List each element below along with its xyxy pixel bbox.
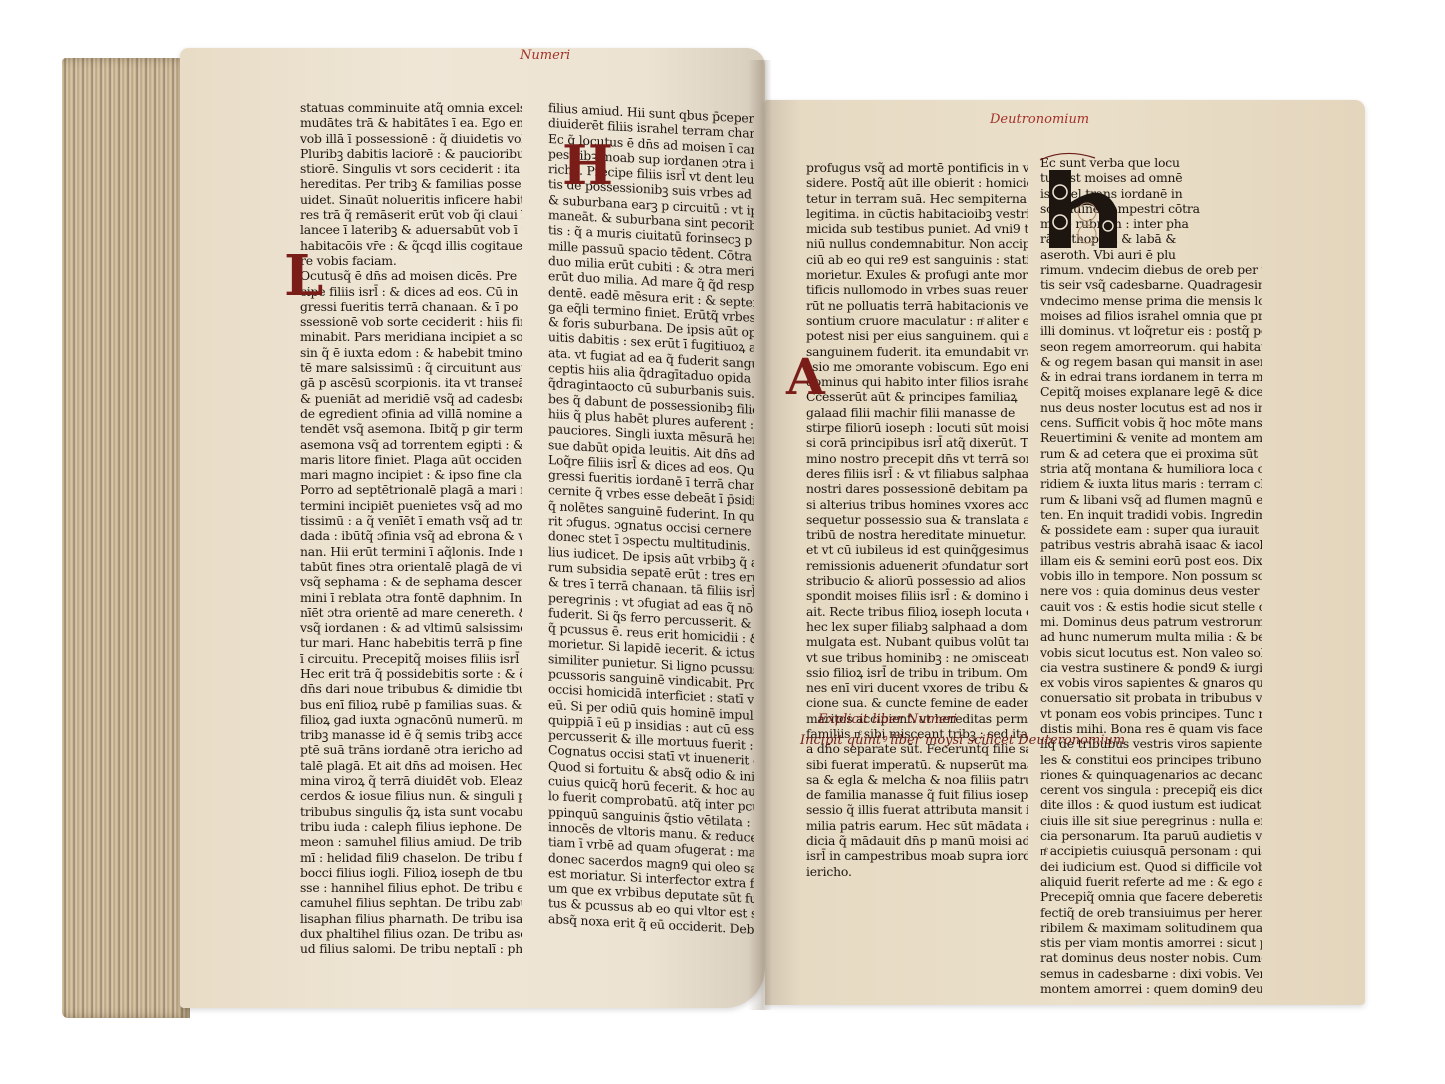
text-line: ciuis ille sit siue peregrinus : nulla e… [1040, 813, 1262, 828]
text-line: ssio me ɔmorante vobiscum. Ego enim sum [806, 359, 1028, 374]
text-line: mudātes trā & habitātes ī ea. Ego enī de… [300, 115, 522, 130]
text-line: Porro ad septētrionalē plagā a mari magn… [300, 482, 522, 497]
text-line: nͤ accipietis cuiusquā personam : quia [1040, 843, 1262, 858]
text-line: vndecimo mense prima die mensis locut9 e… [1040, 293, 1262, 308]
text-line: cia vestra sustinere & pond9 & iurgia. D… [1040, 660, 1262, 675]
text-line: ex vobis viros sapientes & gnaros quorum [1040, 675, 1262, 690]
text-line: tissimū : a q̃ venīēt ī emath vsq̃ ad tm… [300, 513, 522, 528]
rubric-explicit: Explicit liber Numeri [818, 712, 957, 727]
rubric-incipit: Incipit quintꝰ liber moysi scilicet Deut… [800, 730, 1125, 748]
text-line: bocci filius iogli. Filioꝝ ioseph de tbu… [300, 865, 522, 880]
text-line: profugus vsq̃ ad mortē pontificis in vrb… [806, 160, 1028, 175]
text-line: lancee ī lateribꝫ & aduersabūt vob ī ter… [300, 222, 522, 237]
text-line: patribus vestris abrahā isaac & iacob : … [1040, 537, 1262, 552]
text-line: sin q̃ ē iuxta edom : & habebit tminos ɔ… [300, 345, 522, 360]
text-line: hereditas. Per tribꝫ & familias possessi… [300, 176, 522, 191]
text-line: vobis illo in tempore. Non possum solus … [1040, 568, 1262, 583]
text-line: stiorē. Singulis vt sors ceciderit : ita… [300, 161, 522, 176]
text-line: maris litore finiet. Plaga aūt occidenta… [300, 452, 522, 467]
text-line: ten. En inquit tradidi vobis. Ingredimin… [1040, 507, 1262, 522]
text-line: stribucio & aliorū possessio ad alios tr… [806, 573, 1028, 588]
text-line: potest nisi per eius sanguinem. qui alte… [806, 328, 1028, 343]
text-line: morietur. Exules & profugi ante mortē pō [806, 267, 1028, 282]
text-line: tificis nullomodo in vrbes suas reuerti … [806, 282, 1028, 297]
text-line: dux phaltihel filius ozan. De tribu aser… [300, 926, 522, 941]
text-line: sontium cruore maculatur : nͤ aliter exp… [806, 313, 1028, 328]
text-line: dei iudicium est. Quod si difficile vobi… [1040, 859, 1262, 874]
text-line: Hec erit trā q̃ possidebitis sorte : & q… [300, 666, 522, 681]
text-line: nere vos : quia dominus deus vester mult… [1040, 583, 1262, 598]
text-line: iericho. [806, 864, 1028, 879]
text-line: minabit. Pars meridiana incipiet a solit… [300, 329, 522, 344]
text-line: cipe filiis isrl̄ : & dices ad eos. Cū i… [300, 284, 522, 299]
text-line: legitima. in cūctis habitacioibꝫ vestris… [806, 206, 1028, 221]
text-line: tribubus singulis q̃ꝝ ista sunt vocabula… [300, 804, 522, 819]
text-line: mini ī reblata ɔtra fontē daphnim. Inde … [300, 590, 522, 605]
red-initial-a: A [786, 347, 825, 406]
text-line: montem amorrei : quem domin9 deus noster [1040, 981, 1262, 996]
text-line: vt ponam eos vobis principes. Tunc respo… [1040, 706, 1262, 721]
red-initial-l: L [284, 243, 323, 309]
text-line: Ccesserūt aūt & principes familiaꝝ [806, 389, 1028, 404]
text-line: stria atq̃ montana & humiliora loca cōtr… [1040, 461, 1262, 476]
text-line: tur mari. Hanc habebitis terrā p fines s… [300, 635, 522, 650]
text-line: talē plagā. Et ait dn̄s ad moisen. Hec s… [300, 758, 522, 773]
text-line: hec lex super filiabꝫ salphaad a domino … [806, 619, 1028, 634]
text-line: ī circuitu. Precepitq̃ moises filiis isr… [300, 651, 522, 666]
text-line: les & constitui eos principes tribunos &… [1040, 752, 1262, 767]
text-line: rat dominus deus noster nobis. Cumq̃ ven… [1040, 950, 1262, 965]
text-line: cens. Sufficit vobis q̃ hoc mōte mansist… [1040, 415, 1262, 430]
text-line: sse : hannihel filius ephot. De tribu ep… [300, 880, 522, 895]
text-line: ciū ab eo qui re9 est sanguinis : statim… [806, 252, 1028, 267]
text-line: de familia manasse q̃ fuit filius ioseph… [806, 787, 1028, 802]
text-line: rum & libani vsq̃ ad flumen magnū eufra [1040, 492, 1262, 507]
text-line: stirpe filiorū ioseph : locuti sūt moisi [806, 420, 1028, 435]
text-line: dn̄s dari noue tribubus & dimidie tbui. … [300, 681, 522, 696]
text-line: mulgata est. Nubant quibus volūt tantum [806, 634, 1028, 649]
text-line: & possidete eam : super qua iurauit domi… [1040, 522, 1262, 537]
page-stack [62, 58, 190, 1018]
text-line: fectiq̃ de oreb transiuimus per heremū t… [1040, 905, 1262, 920]
text-line: milia patris earum. Hec sūt mādata atq̃ … [806, 818, 1028, 833]
text-line: et vt cū iubileus id est quinq̃gesimus a… [806, 542, 1028, 557]
text-line: aliquid fuerit referte ad me : & ego aud… [1040, 874, 1262, 889]
text-line: dicia q̃ mādauit dn̄s p manū moisi ad fi… [806, 833, 1028, 848]
text-line: vt sue tribus hominibꝫ : ne ɔmisceatur p… [806, 650, 1028, 665]
text-line: tetur in terram suā. Hec sempiterna erūt… [806, 191, 1028, 206]
text-line: illam eis & semini eorū post eos. Dixiq̃ [1040, 553, 1262, 568]
text-line: re vobis faciam. [300, 253, 522, 268]
text-line: vobis sicut locutus est. Non valeo solus… [1040, 645, 1262, 660]
text-line: cauit vos : & estis hodie sicut stelle c… [1040, 599, 1262, 614]
text-line: cia personarum. Ita paruū audietis vt ma… [1040, 828, 1262, 843]
text-line: tribu iuda : caleph filius iephone. De t… [300, 819, 522, 834]
text-line: stis per viam montis amorrei : sicut pre… [1040, 935, 1262, 950]
text-line: Precepiq̃ omnia que facere deberetis. Pr… [1040, 889, 1262, 904]
text-line: sequetur possessio sua & translata ad al… [806, 512, 1028, 527]
right-running-head: Deutronomium [990, 112, 1089, 127]
text-line: meon : samuhel filius amiud. De tribu be… [300, 834, 522, 849]
text-line: de egredient ɔfinia ad villā nomine adar… [300, 406, 522, 421]
decorated-initial-h [1035, 150, 1135, 255]
text-line: termini incipiēt puenietes vsq̃ ad montē… [300, 498, 522, 513]
text-line: Reuertimini & venite ad montem amorreo [1040, 430, 1262, 445]
text-line: riones & quinquagenarios ac decanos qui … [1040, 767, 1262, 782]
text-line: conuersatio sit probata in tribubus vest… [1040, 690, 1262, 705]
text-line: Cepitq̃ moises explanare legē & dicere. … [1040, 384, 1262, 399]
left-running-head: Numeri [520, 48, 570, 63]
text-line: nostri dares possessionē debitam patri :… [806, 481, 1028, 496]
text-line: camuhel filius sephtan. De tribu zabulon… [300, 895, 522, 910]
text-line: tabūt fines ɔtra orientalē plagā de vill… [300, 559, 522, 574]
column-1: statuas comminuite atq̃ omnia excelsa va… [300, 100, 522, 957]
text-line: sibi fuerat imperatū. & nupserūt maala &… [806, 757, 1028, 772]
text-line: res trā q̃ remāserit erūt vob q̃i claui … [300, 207, 522, 222]
column-3: profugus vsq̃ ad mortē pontificis in vrb… [806, 160, 1028, 879]
text-line: seon regem amorreorum. qui habitauit ī e… [1040, 339, 1262, 354]
text-line: sidere. Postq̃ aūt ille obierit : homici… [806, 175, 1028, 190]
text-line: si alterius tribus homines vxores accepe… [806, 497, 1028, 512]
text-line: cione sua. & cuncte femine de eadem trib… [806, 695, 1028, 710]
text-line: ridiem & iuxta litus maris : terram chan… [1040, 476, 1262, 491]
text-line: tribꝫ manasse id ē q̃ semis tribꝫ accepe… [300, 727, 522, 742]
text-line: vob illā ī possessionē : q̃ diuidetis vo… [300, 131, 522, 146]
text-line: ssessionē vob sorte ceciderit : hiis fin… [300, 314, 522, 329]
text-line: rimum. vndecim diebus de oreb per viā mō [1040, 262, 1262, 277]
text-line: & pueniāt ad meridiē vsq̃ ad cadesbarne … [300, 391, 522, 406]
text-line: bus enī filioꝝ rubē p familias suas. & t… [300, 697, 522, 712]
text-line: cerent vos singula : precepiq̃ eis dicen… [1040, 782, 1262, 797]
text-line: mina viroꝝ q̃ terrā diuidēt vob. Eleazar… [300, 773, 522, 788]
text-line: Pluribꝫ dabitis laciorē : & paucioribus … [300, 146, 522, 161]
text-line: cerdos & iosue filius nun. & singuli pri… [300, 788, 522, 803]
text-line: tribū de nostra hereditate minuetur. atq… [806, 527, 1028, 542]
text-line: asemona vsq̃ ad torrentem egipti : & mag… [300, 437, 522, 452]
text-line: semus in cadesbarne : dixi vobis. Venist… [1040, 966, 1262, 981]
text-line: lisaphan filius pharnath. De tribu isach… [300, 911, 522, 926]
text-line: tendēt vsq̃ asemona. Ibitq̃ p gir termin… [300, 421, 522, 436]
text-line: statuas comminuite atq̃ omnia excelsa va… [300, 100, 522, 115]
text-line: nīēt ɔtra orientē ad mare cenereth. & te… [300, 605, 522, 620]
text-line: habitacōis vr̄e : & q̃cqd illis cogitaue… [300, 238, 522, 253]
text-line: si corā principibus isrl̄ atq̃ dixerūt. … [806, 435, 1028, 450]
red-initial-h: H [562, 133, 613, 197]
text-line: spondit moises filiis isrl̄ : & domino i… [806, 588, 1028, 603]
text-line: mino nostro precepit dn̄s vt terrā sorte… [806, 451, 1028, 466]
text-line: sanguinem fuderit. ita emundabit vra pos… [806, 344, 1028, 359]
text-line: nus deus noster locutus est ad nos in or… [1040, 400, 1262, 415]
text-line: ptē suā trāns iordanē ɔtra iericho ad or… [300, 742, 522, 757]
text-line: tē mare salsissimū : q̃ circuitunt austr… [300, 360, 522, 375]
text-line: ud filius salomi. De tribu neptalī : phe… [300, 941, 522, 956]
text-line: rum & ad cetera que ei proxima sūt campe [1040, 446, 1262, 461]
text-line: ssio filioꝝ isrl̄ de tribu in tribum. Om [806, 665, 1028, 680]
text-line: ribilem & maximam solitudinem quam vidi [1040, 920, 1262, 935]
text-line: remissionis aduenerit ɔfundatur sortitio… [806, 558, 1028, 573]
text-line: dite illos : & quod iustum est iudicate.… [1040, 797, 1262, 812]
column-2: filius amiud. Hii sunt qbus p̄ceperat dn… [548, 100, 754, 937]
text-line: filioꝝ gad iuxta ɔgnacōnū numerū. media … [300, 712, 522, 727]
text-line: uidet. Sinaūt nolueritis inficere habita… [300, 192, 522, 207]
text-line: ait. Recte tribus filioꝝ ioseph locuta e… [806, 604, 1028, 619]
text-line: vsq̃ iordanen : & ad vltimū salsissimo c… [300, 620, 522, 635]
text-line: & og regem basan qui mansit in aseroth [1040, 354, 1262, 369]
text-line: moises ad filios israhel omnia que prece… [1040, 308, 1262, 323]
text-line: dominus qui habito inter filios israhel. [806, 374, 1028, 389]
text-line: niū nullus condemnabitur. Non accipietis… [806, 236, 1028, 251]
text-line: tis seir vsq̃ cadesbarne. Quadragesimo a… [1040, 277, 1262, 292]
text-line: mi. Dominus deus patrum vestrorum addat [1040, 614, 1262, 629]
text-line: nan. Hii erūt termini ī aq̃lonis. Inde m… [300, 544, 522, 559]
text-line: sa & egla & melcha & noa filiis patrui s… [806, 772, 1028, 787]
text-line: dada : ibūtq̃ ɔfinia vsq̃ ad ebrona & vi… [300, 528, 522, 543]
text-line: galaad filii machir filii manasse de [806, 405, 1028, 420]
text-line: vsq̃ sephama : & de sephama descendent t… [300, 574, 522, 589]
text-line: rūt ne polluatis terrā habitacionis vest… [806, 298, 1028, 313]
text-line: & in edrai trans iordanem in terra moab. [1040, 369, 1262, 384]
text-line: gressi fueritis terrā chanaan. & ī po [300, 299, 522, 314]
text-line: mari magno incipiet : & ipso fine claude… [300, 467, 522, 482]
text-line: illi dominus. vt loq̃retur eis : postq̃ … [1040, 323, 1262, 338]
column-4: Ec sunt verba que locutus est moises ad … [1040, 155, 1262, 996]
text-line: nes enī viri ducent vxores de tribu & co… [806, 680, 1028, 695]
text-line: mī : helidad fili9 chaselon. De tribu fi… [300, 850, 522, 865]
text-line: micida sub testibus puniet. Ad vni9 test… [806, 221, 1028, 236]
text-line: sessio q̃ illis fuerat attributa mansit … [806, 802, 1028, 817]
text-line: ad hunc numerum multa milia : & benedica… [1040, 629, 1262, 644]
text-line: deres filiis isrl̄ : & vt filiabus salph… [806, 466, 1028, 481]
text-line: isrl̄ in campestribus moab supra iordanē… [806, 848, 1028, 863]
text-line: Ocutusq̃ ē dn̄s ad moisen dicēs. Pre [300, 268, 522, 283]
text-line: gā p ascēsū scorpionis. ita vt transeāt … [300, 375, 522, 390]
